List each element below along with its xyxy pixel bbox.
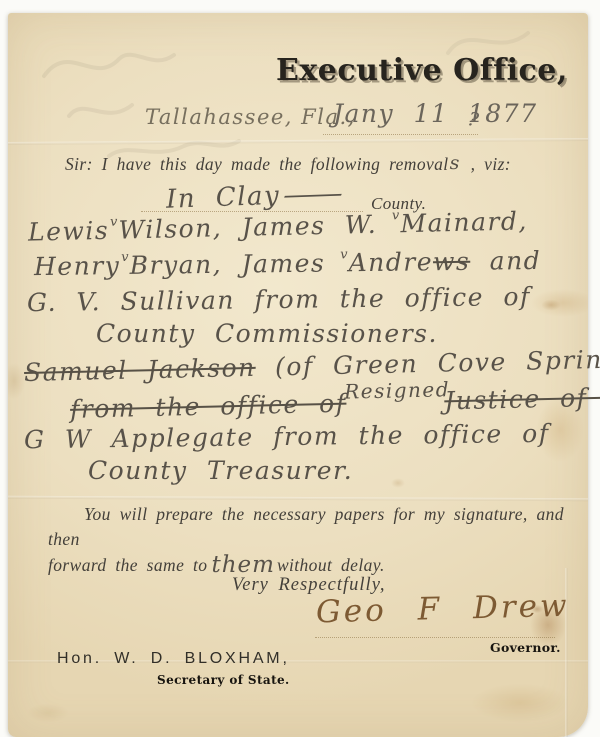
removal-line-8: County Treasurer. xyxy=(88,456,353,485)
removal-line-5: Samuel Jackson (of Green Cove Springs) xyxy=(24,344,600,387)
word-and: and xyxy=(490,246,542,276)
instruction-paragraph: You will prepare the necessary papers fo… xyxy=(48,502,576,578)
name-henry: Henry xyxy=(34,251,121,281)
salutation-printed: Sir: I have this day made the following … xyxy=(65,154,449,174)
struck-letters: ws xyxy=(433,247,471,276)
instruction-line-1: You will prepare the necessary papers fo… xyxy=(48,504,564,549)
removal-line-7: G W Applegate from the office of xyxy=(24,419,550,454)
signer-title: Governor. xyxy=(490,640,561,655)
check-mark: v xyxy=(121,250,129,265)
salutation-line: Sir: I have this day made the following … xyxy=(65,152,511,175)
struck-from-the-office-of: from the office of xyxy=(70,389,347,424)
county-name: In Clay xyxy=(166,181,281,215)
removal-line-6: from the office ofResignedJustice of the… xyxy=(70,379,600,424)
paper-crease xyxy=(8,496,588,502)
removal-line-4: County Commissioners. xyxy=(96,319,438,348)
name-andrew: Andre xyxy=(348,247,433,277)
name-bryan-james: Bryan, James xyxy=(129,249,325,280)
printed-place: Tallahassee, Fla., xyxy=(145,105,356,129)
handwritten-date: Jany 11 1877 xyxy=(333,99,537,128)
removal-line-3: G. V. Sullivan from the office of xyxy=(27,282,531,317)
check-mark: v xyxy=(340,247,348,262)
salutation-viz: , viz: xyxy=(462,154,511,174)
name-lewis: Lewis xyxy=(28,216,110,247)
green-cove-springs-note: (of Green Cove Springs) xyxy=(275,344,600,381)
handwritten-s: s xyxy=(450,152,461,174)
addressee-title: Secretary of State. xyxy=(157,673,290,687)
removal-line-1: LewisvWilson, James W.vMainard, xyxy=(28,205,528,246)
handwritten-dash: — xyxy=(281,179,344,211)
name-wilson-james-w: Wilson, James W. xyxy=(118,210,377,245)
struck-justice-of-the-peace: Justice of the Peace. xyxy=(444,379,600,415)
addressee: Hon. W. D. BLOXHAM, xyxy=(57,650,290,668)
check-mark: v xyxy=(110,215,118,230)
instruction-line-2-after: without delay. xyxy=(277,555,385,575)
printed-blank-line xyxy=(323,134,478,135)
inserted-resigned: Resigned xyxy=(344,377,450,403)
check-mark: v xyxy=(392,208,400,223)
governor-signature: Geo F Drew xyxy=(316,588,570,631)
name-mainard: Mainard, xyxy=(400,206,528,238)
printed-blank-line xyxy=(315,637,555,638)
letterhead-title: Executive Office, xyxy=(276,53,568,88)
scanned-letter: Executive Office, Tallahassee, Fla., Jan… xyxy=(0,0,600,737)
removal-line-2: HenryvBryan, JamesvAndrews and xyxy=(34,245,542,281)
struck-samuel-jackson: Samuel Jackson xyxy=(24,353,256,387)
paper: Executive Office, Tallahassee, Fla., Jan… xyxy=(8,13,588,737)
instruction-line-2-before: forward the same to xyxy=(48,555,207,575)
